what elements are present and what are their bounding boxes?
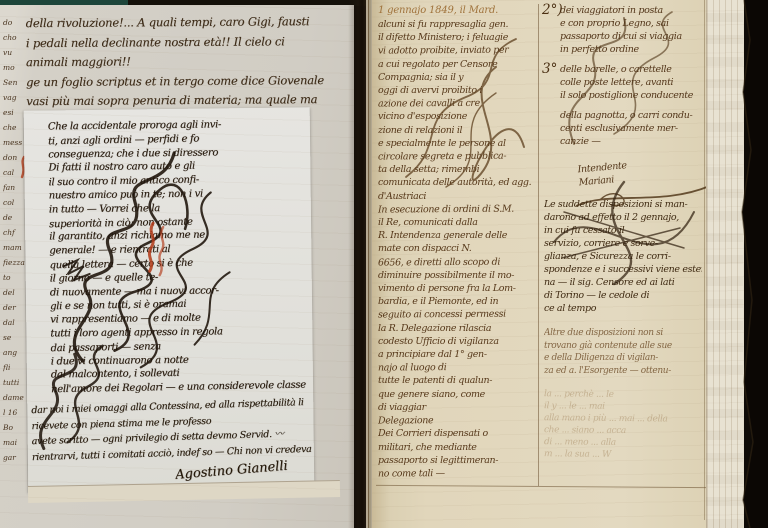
handwritten-line: animali maggiori!! (26, 51, 354, 73)
right-page-column-2: 2°) dei viaggiatori in postae con propri… (544, 4, 702, 461)
margin-note: gar (3, 450, 33, 465)
handwritten-line: passaporto di cui si viaggia (560, 30, 702, 43)
handwritten-line: seguito ai concessi permessi (378, 308, 536, 322)
item-number: 2°) (542, 2, 563, 18)
margin-note: fiezza (3, 255, 33, 270)
red-ink-margin-mark (16, 155, 32, 181)
right-margin-rule (704, 0, 705, 520)
handwritten-line: no come tali — (378, 466, 536, 480)
handwritten-line: oggi di avervi proibito i (378, 84, 536, 97)
handwritten-line: il Re, comunicati dalla (378, 216, 536, 229)
left-page-top-paragraph: della rivoluzione!... A quali tempi, car… (26, 12, 355, 112)
handwritten-line: Di fatti il nostro caro auto e gli (48, 159, 304, 176)
margin-note: l 16 (3, 405, 33, 420)
letter-closing: dar noi i miei omaggi alla Contessina, e… (31, 397, 312, 462)
handwritten-line: diminuire possibilmente il mo- (378, 269, 536, 282)
handwritten-line: Che la accidentale proroga agli invi- (48, 117, 304, 134)
margin-note: fan (3, 180, 33, 195)
column-1-entries: alcuni si fu rappresaglia gen.il difetto… (378, 18, 536, 480)
margin-note: do (3, 15, 33, 30)
signature: Agostino Gianelli (175, 459, 289, 483)
handwritten-line: generale! — e rientrati al (49, 242, 305, 259)
handwritten-line: canzie — (560, 135, 702, 148)
inserted-letter-sheet: Che la accidentale proroga agli invi-ti,… (24, 107, 315, 492)
handwritten-line: della rivoluzione!... A quali tempi, car… (26, 12, 354, 34)
handwritten-line: nuestro amico può in te; non i vi (49, 186, 305, 203)
margin-note: der (3, 300, 33, 315)
handwritten-line: il garantito, anzi richiamo me ne (49, 228, 305, 245)
date-heading: 1 gennajo 1849, il Mard. (378, 3, 536, 18)
handwritten-line: la R. Delegazione rilascia (378, 322, 536, 335)
handwritten-line: alcuni si fu rappresaglia gen. (378, 18, 536, 31)
margin-note: don (3, 150, 33, 165)
handwritten-line: tutti i loro agenti appresso in regola (50, 324, 306, 341)
book-cover-right (738, 0, 768, 528)
margin-note: col (3, 195, 33, 210)
handwritten-line: dei viaggiatori in posta (560, 4, 702, 17)
handwritten-line: In esecuzione di ordini di S.M. (378, 202, 536, 216)
handwritten-line: superiorità in ciò; non ostante (49, 213, 305, 231)
handwritten-line: e specialmente le persone al (378, 137, 536, 150)
handwritten-line: tutte le patenti di qualun- (378, 374, 536, 387)
handwritten-line: vicino d'esposizione (378, 110, 536, 123)
handwritten-line: ge un foglio scriptus et in tergo come d… (26, 70, 354, 92)
right-page-column-1: 1 gennajo 1849, il Mard. alcuni si fu ra… (378, 3, 536, 480)
underlying-sheet-edge (28, 480, 340, 503)
red-ink-marks (145, 221, 172, 285)
handwritten-line: ta della setta; rimembi (378, 163, 536, 176)
column-rule (538, 4, 539, 486)
margin-note: mo (3, 60, 33, 75)
handwritten-line: gli e se non tutti, si è oramai (50, 296, 306, 314)
margin-note: che (3, 120, 33, 135)
left-page: della rivoluzione!... A quali tempi, car… (0, 5, 354, 528)
margin-note: cal (3, 165, 33, 180)
handwritten-line: spondenze e i successivi viene ester- (544, 263, 702, 276)
ink-scribble-cancellation (26, 337, 147, 458)
handwritten-line: bardia, e il Piemonte, ed in (378, 295, 536, 308)
handwritten-line: d'Austriaci (378, 190, 536, 203)
margin-note: fli (3, 360, 33, 375)
entry-item-4: della pagnotta, o carri condu-centi escl… (544, 109, 702, 148)
margin-note: dal (3, 315, 33, 330)
handwritten-line: na — il sig. Censore ed ai lati (544, 276, 702, 289)
handwritten-line: ce al tempo (544, 302, 702, 315)
item-number: 3° (542, 61, 557, 77)
handwritten-line: il giorno — e quelle te- (50, 269, 306, 286)
handwritten-line: e con proprio Legno, sai (560, 17, 702, 30)
handwritten-line: darono ad effetto il 2 gennajo, (544, 211, 702, 224)
handwritten-line: il suo contro il mio antico confi- (48, 172, 304, 190)
handwritten-line: Delegazione (378, 414, 536, 428)
handwritten-line: delle barelle, o carettelle (560, 63, 702, 76)
margin-note: cho (3, 30, 33, 45)
handwritten-line: glianza, e Sicurezza le corri- (544, 250, 702, 263)
handwritten-line: codesto Ufficio di vigilanza (378, 335, 536, 348)
handwritten-line: in tutto — Vorrei che la (49, 200, 305, 217)
margin-note: chf (3, 225, 33, 240)
margin-note: esi (3, 105, 33, 120)
handwritten-line: Dei Corrieri dispensati o (378, 427, 536, 440)
ink-scribble-cancellation (42, 144, 255, 377)
handwritten-line: in cui fu cessato il (544, 224, 702, 237)
handwritten-line: dal malcontento, i sollevati (51, 366, 307, 383)
handwritten-line: colle poste lettere, avanti (560, 76, 702, 89)
margin-note: del (3, 285, 33, 300)
handwritten-line: centi esclusivamente mer- (560, 122, 702, 135)
margin-note: mess (3, 135, 33, 150)
margin-note: tutti (3, 375, 33, 390)
margin-note: mai (3, 435, 33, 450)
handwritten-line: Le suddette disposizioni si man- (544, 198, 702, 211)
handwritten-line: trovano già contenute alle sue (544, 340, 702, 353)
handwritten-line: 6656, e diretti allo scopo di (378, 255, 536, 269)
entry-item-2: 2°) dei viaggiatori in postae con propri… (544, 4, 702, 56)
margin-note: dame (3, 390, 33, 405)
handwritten-line: za ed a. l'Esorgente — ottenu- (544, 365, 702, 378)
handwritten-line: della pagnotta, o carri condu- (560, 109, 702, 122)
handwritten-line: circolare segreta e pubblica- (378, 149, 536, 163)
margin-note: se (3, 330, 33, 345)
margin-note: mam (3, 240, 33, 255)
margin-note: vu (3, 45, 33, 60)
handwritten-line: ricevete con piena stima me le professo (31, 410, 311, 434)
handwritten-line: i pedali nella declinante nostra età!! I… (26, 31, 354, 53)
margin-note: ang (3, 345, 33, 360)
bleed-through-line: m ... la sua ... W (544, 448, 702, 462)
handwritten-line: comunicata delle autorità, ed agg. (378, 176, 536, 189)
handwritten-line: e della Diligenza di vigilan- (544, 352, 702, 365)
left-margin-annotations: dochovumoSenvagesichemessdoncalfancoldec… (3, 15, 33, 465)
right-page: 1 gennajo 1849, il Mard. alcuni si fu ra… (372, 0, 744, 528)
handwritten-line: vimento di persone fra la Lom- (378, 282, 536, 295)
handwritten-line: il difetto Ministero; i feluagie (378, 31, 536, 44)
handwritten-line: zione di relazioni il (378, 124, 536, 137)
handwritten-line: a cui regolato per Censore (378, 58, 536, 71)
handwritten-line: vi adotto proibite, inviato per (378, 44, 536, 58)
handwritten-line: avete scritto — ogni privilegio di setta… (32, 426, 312, 450)
handwritten-line: quella lettera — certo si è che (49, 255, 305, 273)
handwritten-line: a principiare dal 1° gen- (378, 348, 536, 361)
margin-note: vag (3, 90, 33, 105)
handwritten-line: in perfetto ordine (560, 43, 702, 56)
letter-body: Che la accidentale proroga agli invi-ti,… (48, 117, 307, 396)
handwritten-line: R. Intendenza generale delle (378, 229, 536, 242)
handwritten-line: di viaggiar (378, 401, 536, 414)
handwritten-line: Compagnia; sia il y (378, 71, 536, 84)
open-manuscript-book: della rivoluzione!... A quali tempi, car… (0, 0, 768, 528)
handwritten-line: mate con dispacci N. (378, 242, 536, 255)
faint-paragraph: Altre due disposizioni non sitrovano già… (544, 327, 702, 377)
handwritten-line: di nuovamente — ma i nuovi accor- (50, 283, 306, 300)
handwritten-line: militari, che mediante (378, 441, 536, 454)
signature-block: Intendente Mariani (577, 153, 703, 190)
footer-rule (376, 485, 706, 488)
margin-note: Sen (3, 75, 33, 90)
handwritten-line: vasi più mai sopra penuria di materia; m… (26, 90, 354, 112)
handwritten-line: ti, anzi agli ordini — perfidi e fo (48, 130, 304, 148)
handwritten-line: i due vi continuarono a notte (51, 352, 307, 369)
handwritten-line: rientrarvi, tutti i comitati acciò, inde… (32, 441, 312, 465)
handwritten-line: passaporto si legittimeran- (378, 454, 536, 467)
handwritten-line: nell'amore dei Regolari — e una consider… (51, 379, 307, 397)
margin-note: Bo (3, 420, 33, 435)
handwritten-line: vi rappresentiamo — e di molte (50, 310, 306, 327)
cancelled-paragraph: Le suddette disposizioni si man-darono a… (544, 198, 702, 315)
handwritten-line: najo al luogo di (378, 361, 536, 375)
margin-note: de (3, 210, 33, 225)
ink-bleed-through: la ... perchè ... leil y ... le ... maia… (544, 389, 702, 461)
handwritten-line: que genere siano, come (378, 388, 536, 401)
entry-item-3: 3° delle barelle, o carettellecolle post… (544, 63, 702, 102)
handwritten-line: dar noi i miei omaggi alla Contessina, e… (31, 395, 311, 419)
handwritten-line: dai passaporti — senza (50, 337, 306, 355)
handwritten-line: Altre due disposizioni non si (544, 327, 702, 340)
handwritten-line: conseguenza; che i due si diressero (48, 145, 304, 162)
handwritten-line: servizio, corriere e sorve- (544, 237, 702, 250)
margin-note: to (3, 270, 33, 285)
handwritten-line: azione dei cavalli a cre (378, 97, 536, 111)
handwritten-line: il solo postiglione conducente (560, 89, 702, 102)
handwritten-line: di Torino — le cedole di (544, 289, 702, 302)
